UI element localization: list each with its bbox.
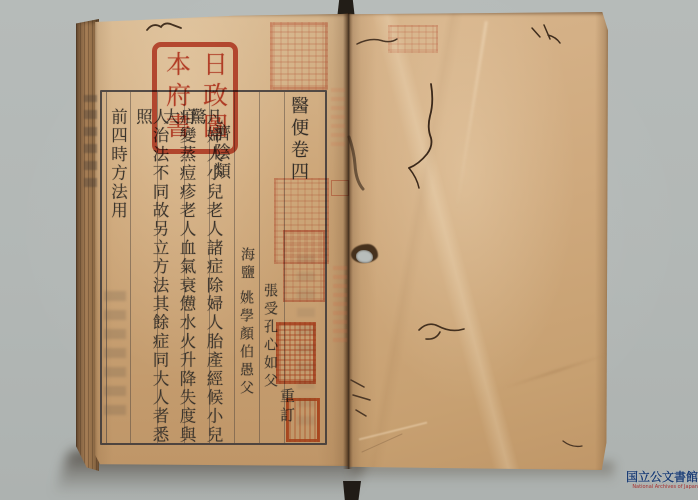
ink-bleed-through xyxy=(104,283,126,415)
attribution-editor-left: 姚學顏伯愚父 xyxy=(239,290,253,402)
attribution-editor-right: 張受孔心如父 xyxy=(263,283,277,395)
faint-seal-mark xyxy=(388,25,438,53)
book-spine-bottom xyxy=(343,481,361,500)
seal-offset-ghost xyxy=(333,262,347,342)
faint-seal-mark xyxy=(283,230,325,302)
seal-column-right: 日政圖 xyxy=(197,51,231,145)
body-column-3: 人治法不同故另立方法其餘症同大人者悉照 xyxy=(134,108,167,448)
body-column-4: 前四時方法用 xyxy=(109,108,126,228)
seal-offset-ghost xyxy=(331,180,349,196)
column-rule xyxy=(259,92,260,443)
orange-corner-seal xyxy=(286,398,320,442)
column-rule xyxy=(130,92,131,443)
wormhole xyxy=(356,250,373,263)
attribution-place: 海鹽 xyxy=(240,247,254,287)
ink-bleed-through xyxy=(84,95,97,187)
orange-collector-seal xyxy=(276,322,316,384)
archives-watermark: 国立公文書館 National Archives of Japan xyxy=(626,470,698,498)
archives-name-jp: 国立公文書館 xyxy=(626,470,698,484)
government-library-seal: 日政圖 本府書 xyxy=(152,42,238,154)
volume-title: 醫便卷四 xyxy=(289,96,307,191)
archives-name-en: National Archives of Japan xyxy=(626,484,698,490)
seal-offset-ghost xyxy=(331,88,345,146)
seal-column-left: 本府書 xyxy=(160,51,194,145)
book-gutter xyxy=(343,13,353,469)
faint-seal-mark xyxy=(270,22,328,90)
archive-photo-viewer: 醫便卷四 濟陰類 凡婦人小兒老人諸症除婦人胎產經候小兒驚 疳變蒸痘疹老人血氣衰憊… xyxy=(0,0,698,500)
